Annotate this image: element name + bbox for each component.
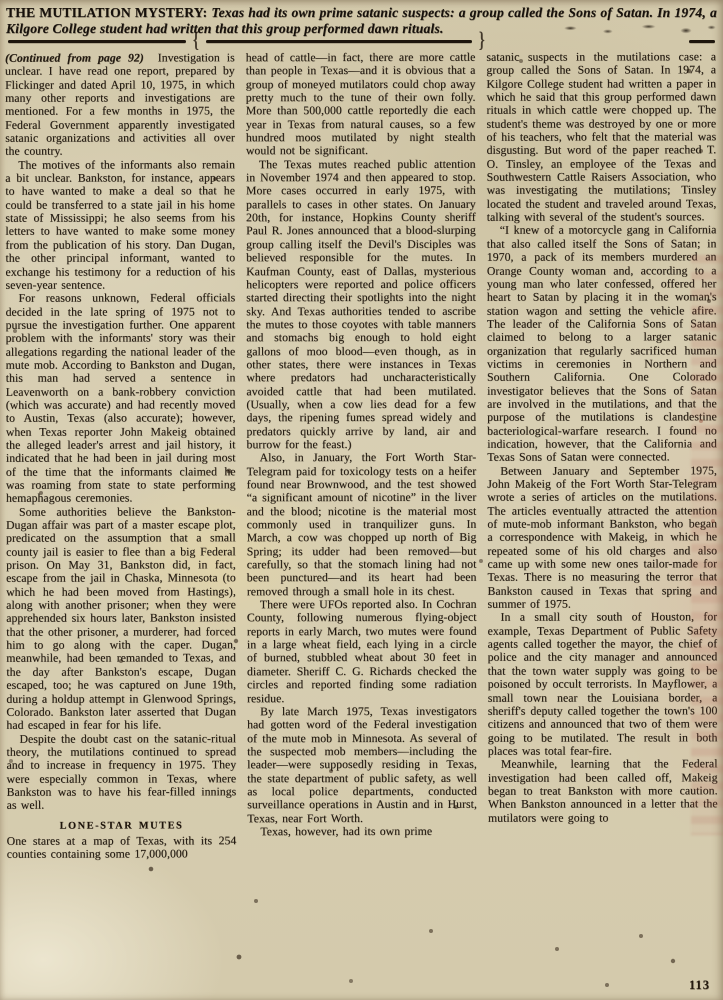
paragraph-text: Investigation is unclear. I have read on… — [5, 51, 235, 158]
paragraph: satanic suspects in the mutilations case… — [486, 50, 716, 224]
ink-speck-artifacts — [0, 0, 2, 2]
section-heading-lone-star-mutes: LONE-STAR MUTES — [7, 819, 237, 833]
paragraph: (Continued from page 92) Investigation i… — [5, 51, 235, 158]
paragraph: Despite the doubt cast on the satanic-ri… — [6, 732, 236, 813]
paragraph: Also, in January, the Fort Worth Star-Te… — [247, 451, 477, 598]
text-column-1: (Continued from page 92) Investigation i… — [5, 51, 237, 993]
paragraph: One stares at a map of Texas, with its 2… — [7, 834, 237, 861]
paragraph: Between January and September 1975, John… — [487, 464, 717, 611]
paragraph: By late March 1975, Texas investigators … — [247, 705, 477, 826]
paragraph: For reasons unknown, Federal officials d… — [6, 292, 236, 506]
page-number: 113 — [689, 978, 710, 993]
header-divider: { } — [8, 37, 715, 46]
paragraph: Meanwhile, learning that the Federal inv… — [488, 758, 718, 825]
text-column-3: satanic suspects in the mutilations case… — [486, 50, 718, 992]
header-rule-left — [8, 40, 186, 43]
paragraph: Texas, however, had its own prime — [247, 825, 477, 839]
paragraph: In a small city south of Houston, for ex… — [488, 611, 718, 758]
header-rule-center — [206, 40, 472, 43]
scanned-magazine-page: THE MUTILATION MYSTERY: Texas had its ow… — [0, 0, 723, 1000]
paragraph: The motives of the informants also remai… — [5, 158, 235, 292]
article-body: (Continued from page 92) Investigation i… — [5, 50, 718, 993]
paragraph: There were UFOs reported also. In Cochra… — [247, 598, 477, 705]
article-kicker: THE MUTILATION MYSTERY: — [6, 5, 207, 20]
header-rule-right — [689, 40, 715, 43]
continued-from-note: (Continued from page 92) — [5, 52, 144, 65]
paragraph: “I knew of a motorcycle gang in Californ… — [487, 224, 717, 465]
text-column-2: head of cattle—in fact, there are more c… — [246, 51, 478, 993]
paragraph: head of cattle—in fact, there are more c… — [246, 51, 476, 158]
paragraph: Some authorities believe the Bankston-Du… — [6, 505, 236, 732]
paragraph: The Texas mutes reached public attention… — [246, 158, 476, 452]
article-header: THE MUTILATION MYSTERY: Texas had its ow… — [6, 5, 717, 36]
